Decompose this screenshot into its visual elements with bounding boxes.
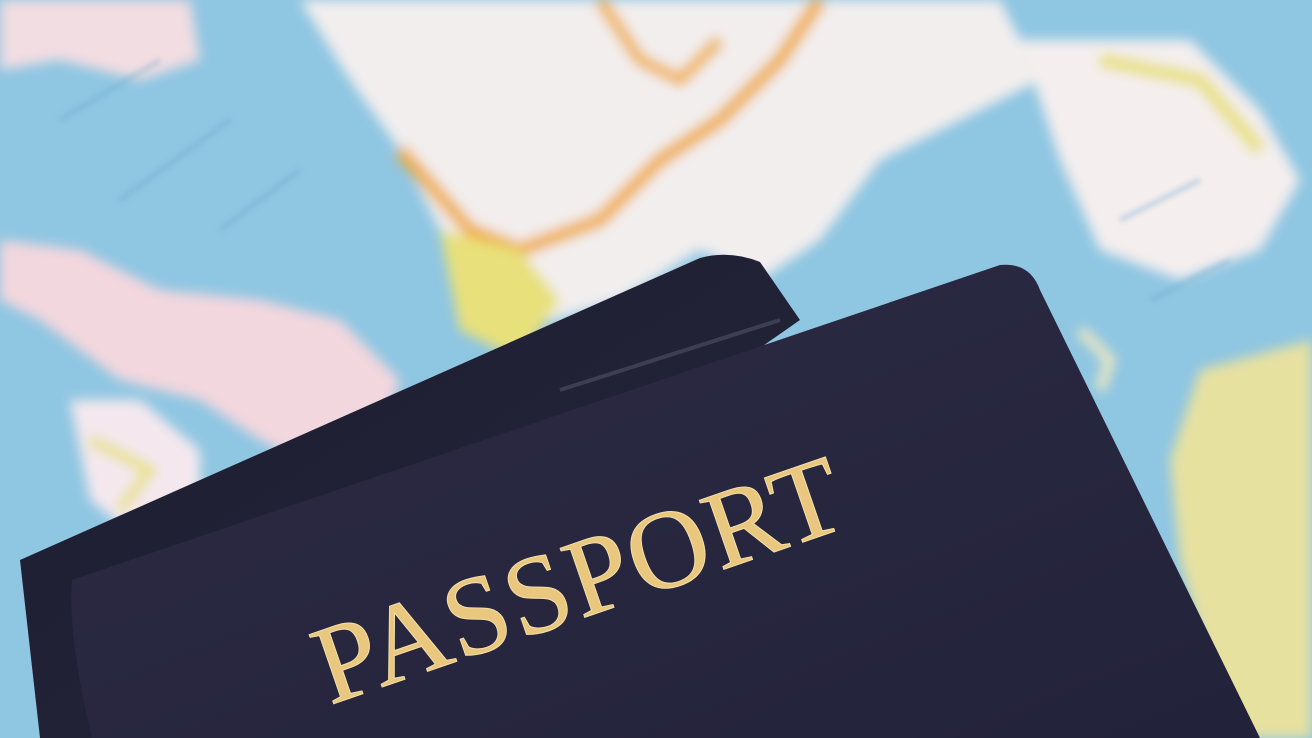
map-background: PASSPORT (0, 0, 1312, 738)
photo-scene: PASSPORT (0, 0, 1312, 738)
